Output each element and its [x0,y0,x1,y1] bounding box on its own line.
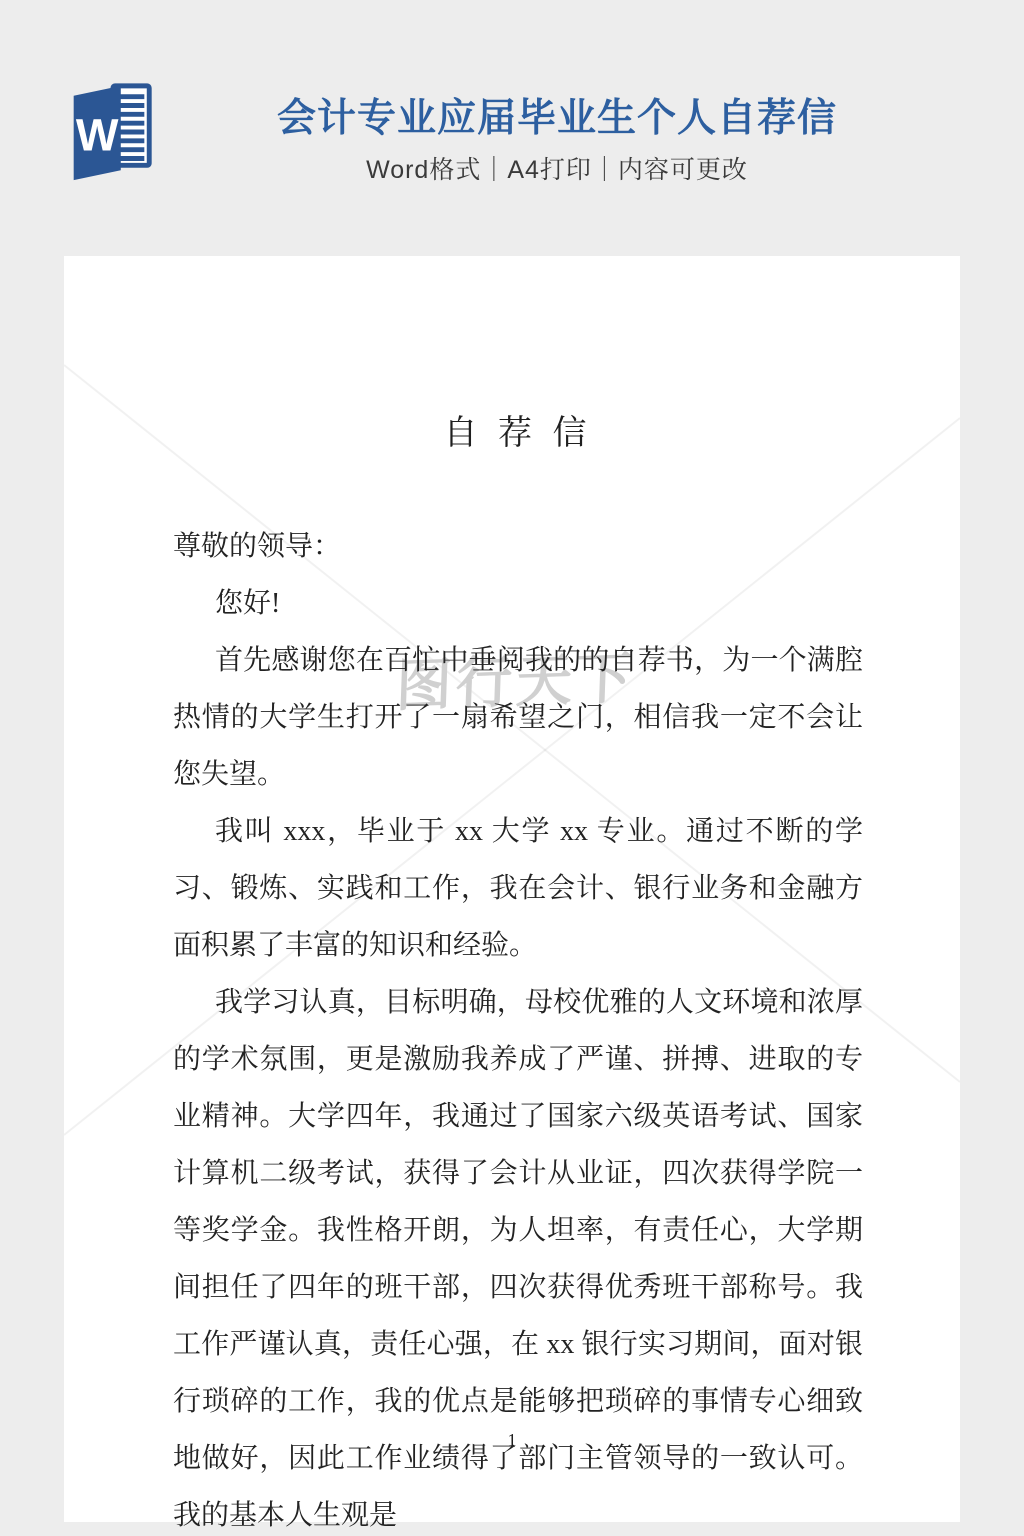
document-page: 图行天下 自 荐 信 尊敬的领导： 您好! 首先感谢您在百忙中垂阅我的的自荐书，… [64,256,960,1522]
letter-paragraph-2: 我叫 xxx，毕业于 xx 大学 xx 专业。通过不断的学习、锻炼、实践和工作，… [173,803,863,974]
letter-paragraph-1: 首先感谢您在百忙中垂阅我的的自荐书，为一个满腔热情的大学生打开了一扇希望之门，相… [173,632,863,803]
letter-greeting: 您好! [173,575,863,632]
word-icon-letter: W [76,110,119,161]
header-text-block: 会计专业应届毕业生个人自荐信 Word格式｜A4打印｜内容可更改 [170,96,944,185]
template-preview-screen: { "header": { "icon_letter": "W", "title… [0,0,1024,1536]
page-number: 1 [64,1428,960,1452]
letter-title: 自 荐 信 [173,256,863,456]
template-subtitle: Word格式｜A4打印｜内容可更改 [170,155,944,185]
letter-content: 自 荐 信 尊敬的领导： 您好! 首先感谢您在百忙中垂阅我的的自荐书，为一个满腔… [173,256,863,1536]
letter-body: 尊敬的领导： 您好! 首先感谢您在百忙中垂阅我的的自荐书，为一个满腔热情的大学生… [173,518,863,1536]
word-file-icon: W [63,80,155,184]
template-title: 会计专业应届毕业生个人自荐信 [170,96,944,142]
template-header: W 会计专业应届毕业生个人自荐信 Word格式｜A4打印｜内容可更改 [0,0,1024,256]
letter-salutation: 尊敬的领导： [173,518,863,575]
